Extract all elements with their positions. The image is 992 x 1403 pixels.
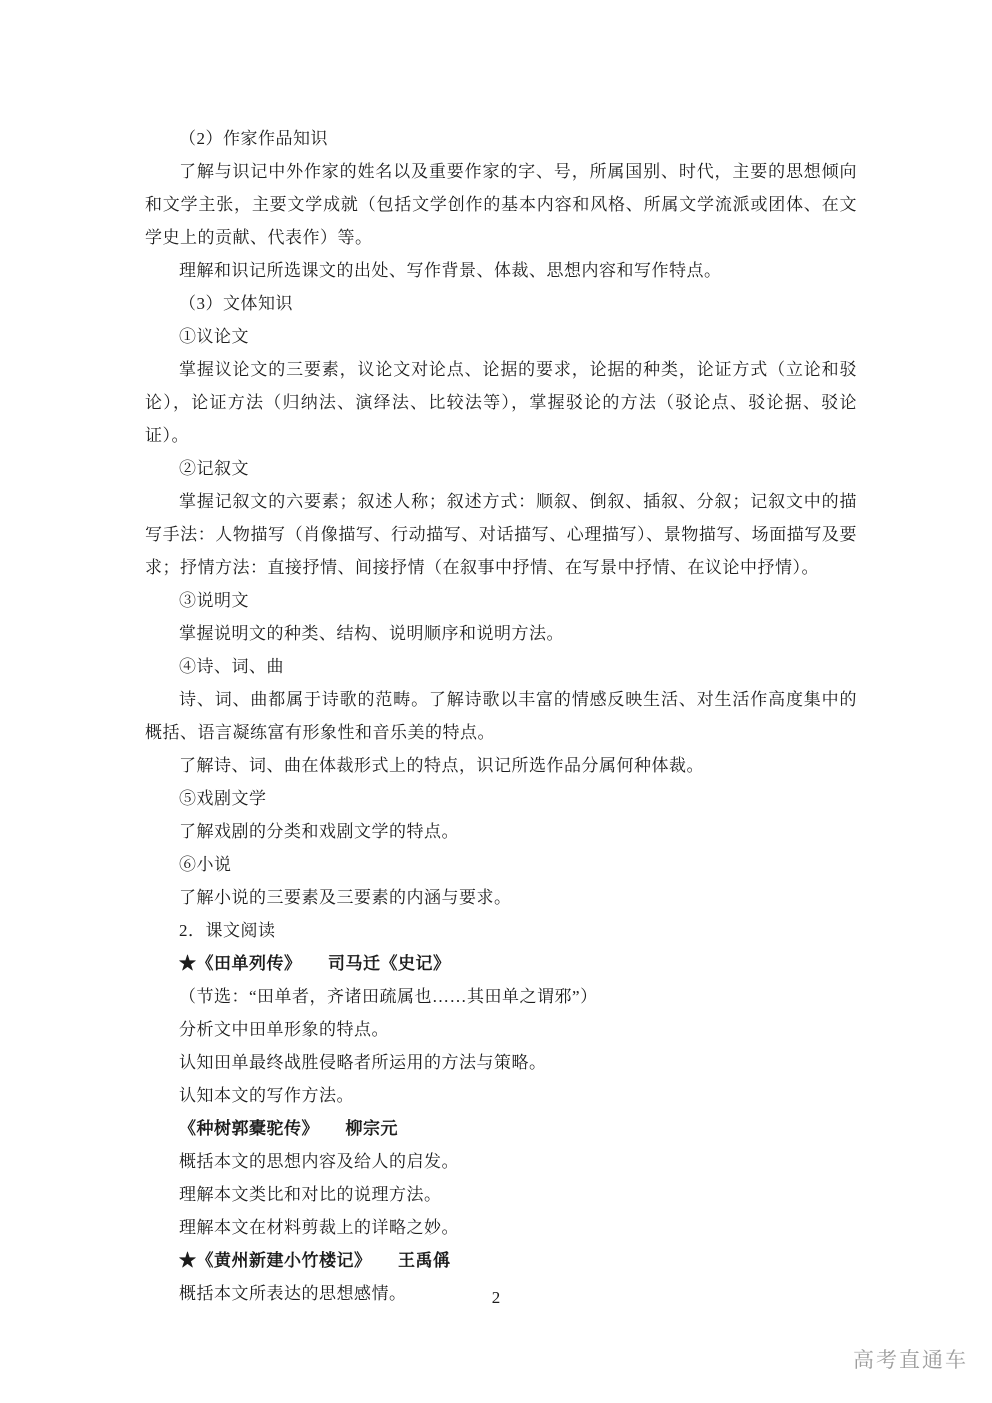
paragraph: 理解本文在材料剪裁上的详略之妙。 bbox=[145, 1211, 857, 1244]
paragraph: 掌握议论文的三要素，议论文对论点、论据的要求，论据的种类，论证方式（立论和驳论）… bbox=[145, 353, 857, 452]
document-page: （2）作家作品知识 了解与识记中外作家的姓名以及重要作家的字、号，所属国别、时代… bbox=[0, 0, 992, 1403]
item-heading-poetry: ④诗、词、曲 bbox=[145, 650, 857, 683]
item-heading-novel: ⑥小说 bbox=[145, 848, 857, 881]
page-number: 2 bbox=[0, 1288, 992, 1308]
paragraph: 了解小说的三要素及三要素的内涵与要求。 bbox=[145, 881, 857, 914]
lesson-title-zhongshu: 《种树郭橐驼传》 柳宗元 bbox=[145, 1112, 857, 1145]
section-heading-text-reading: 2．课文阅读 bbox=[145, 914, 857, 947]
item-heading-expository: ③说明文 bbox=[145, 584, 857, 617]
section-heading-writers-works: （2）作家作品知识 bbox=[145, 122, 857, 155]
paragraph: 认知本文的写作方法。 bbox=[145, 1079, 857, 1112]
lesson-title-tiandan: ★《田单列传》 司马迁《史记》 bbox=[145, 947, 857, 980]
item-heading-drama: ⑤戏剧文学 bbox=[145, 782, 857, 815]
paragraph: 掌握记叙文的六要素；叙述人称；叙述方式：顺叙、倒叙、插叙、分叙；记叙文中的描写手… bbox=[145, 485, 857, 584]
paragraph: 概括本文的思想内容及给人的启发。 bbox=[145, 1145, 857, 1178]
paragraph: 认知田单最终战胜侵略者所运用的方法与策略。 bbox=[145, 1046, 857, 1079]
paragraph: 理解本文类比和对比的说理方法。 bbox=[145, 1178, 857, 1211]
paragraph: 了解诗、词、曲在体裁形式上的特点，识记所选作品分属何种体裁。 bbox=[145, 749, 857, 782]
document-body: （2）作家作品知识 了解与识记中外作家的姓名以及重要作家的字、号，所属国别、时代… bbox=[145, 122, 857, 1310]
paragraph: 了解与识记中外作家的姓名以及重要作家的字、号，所属国别、时代，主要的思想倾向和文… bbox=[145, 155, 857, 254]
lesson-title-huangzhou: ★《黄州新建小竹楼记》 王禹偁 bbox=[145, 1244, 857, 1277]
watermark: 高考直通车 bbox=[853, 1344, 968, 1374]
paragraph: 诗、词、曲都属于诗歌的范畴。了解诗歌以丰富的情感反映生活、对生活作高度集中的概括… bbox=[145, 683, 857, 749]
paragraph: 理解和识记所选课文的出处、写作背景、体裁、思想内容和写作特点。 bbox=[145, 254, 857, 287]
section-heading-genre-knowledge: （3）文体知识 bbox=[145, 287, 857, 320]
paragraph: 掌握说明文的种类、结构、说明顺序和说明方法。 bbox=[145, 617, 857, 650]
item-heading-narrative: ②记叙文 bbox=[145, 452, 857, 485]
paragraph: 分析文中田单形象的特点。 bbox=[145, 1013, 857, 1046]
item-heading-argumentative: ①议论文 bbox=[145, 320, 857, 353]
paragraph: （节选：“田单者，齐诸田疏属也……其田单之谓邪”） bbox=[145, 980, 857, 1013]
paragraph: 了解戏剧的分类和戏剧文学的特点。 bbox=[145, 815, 857, 848]
